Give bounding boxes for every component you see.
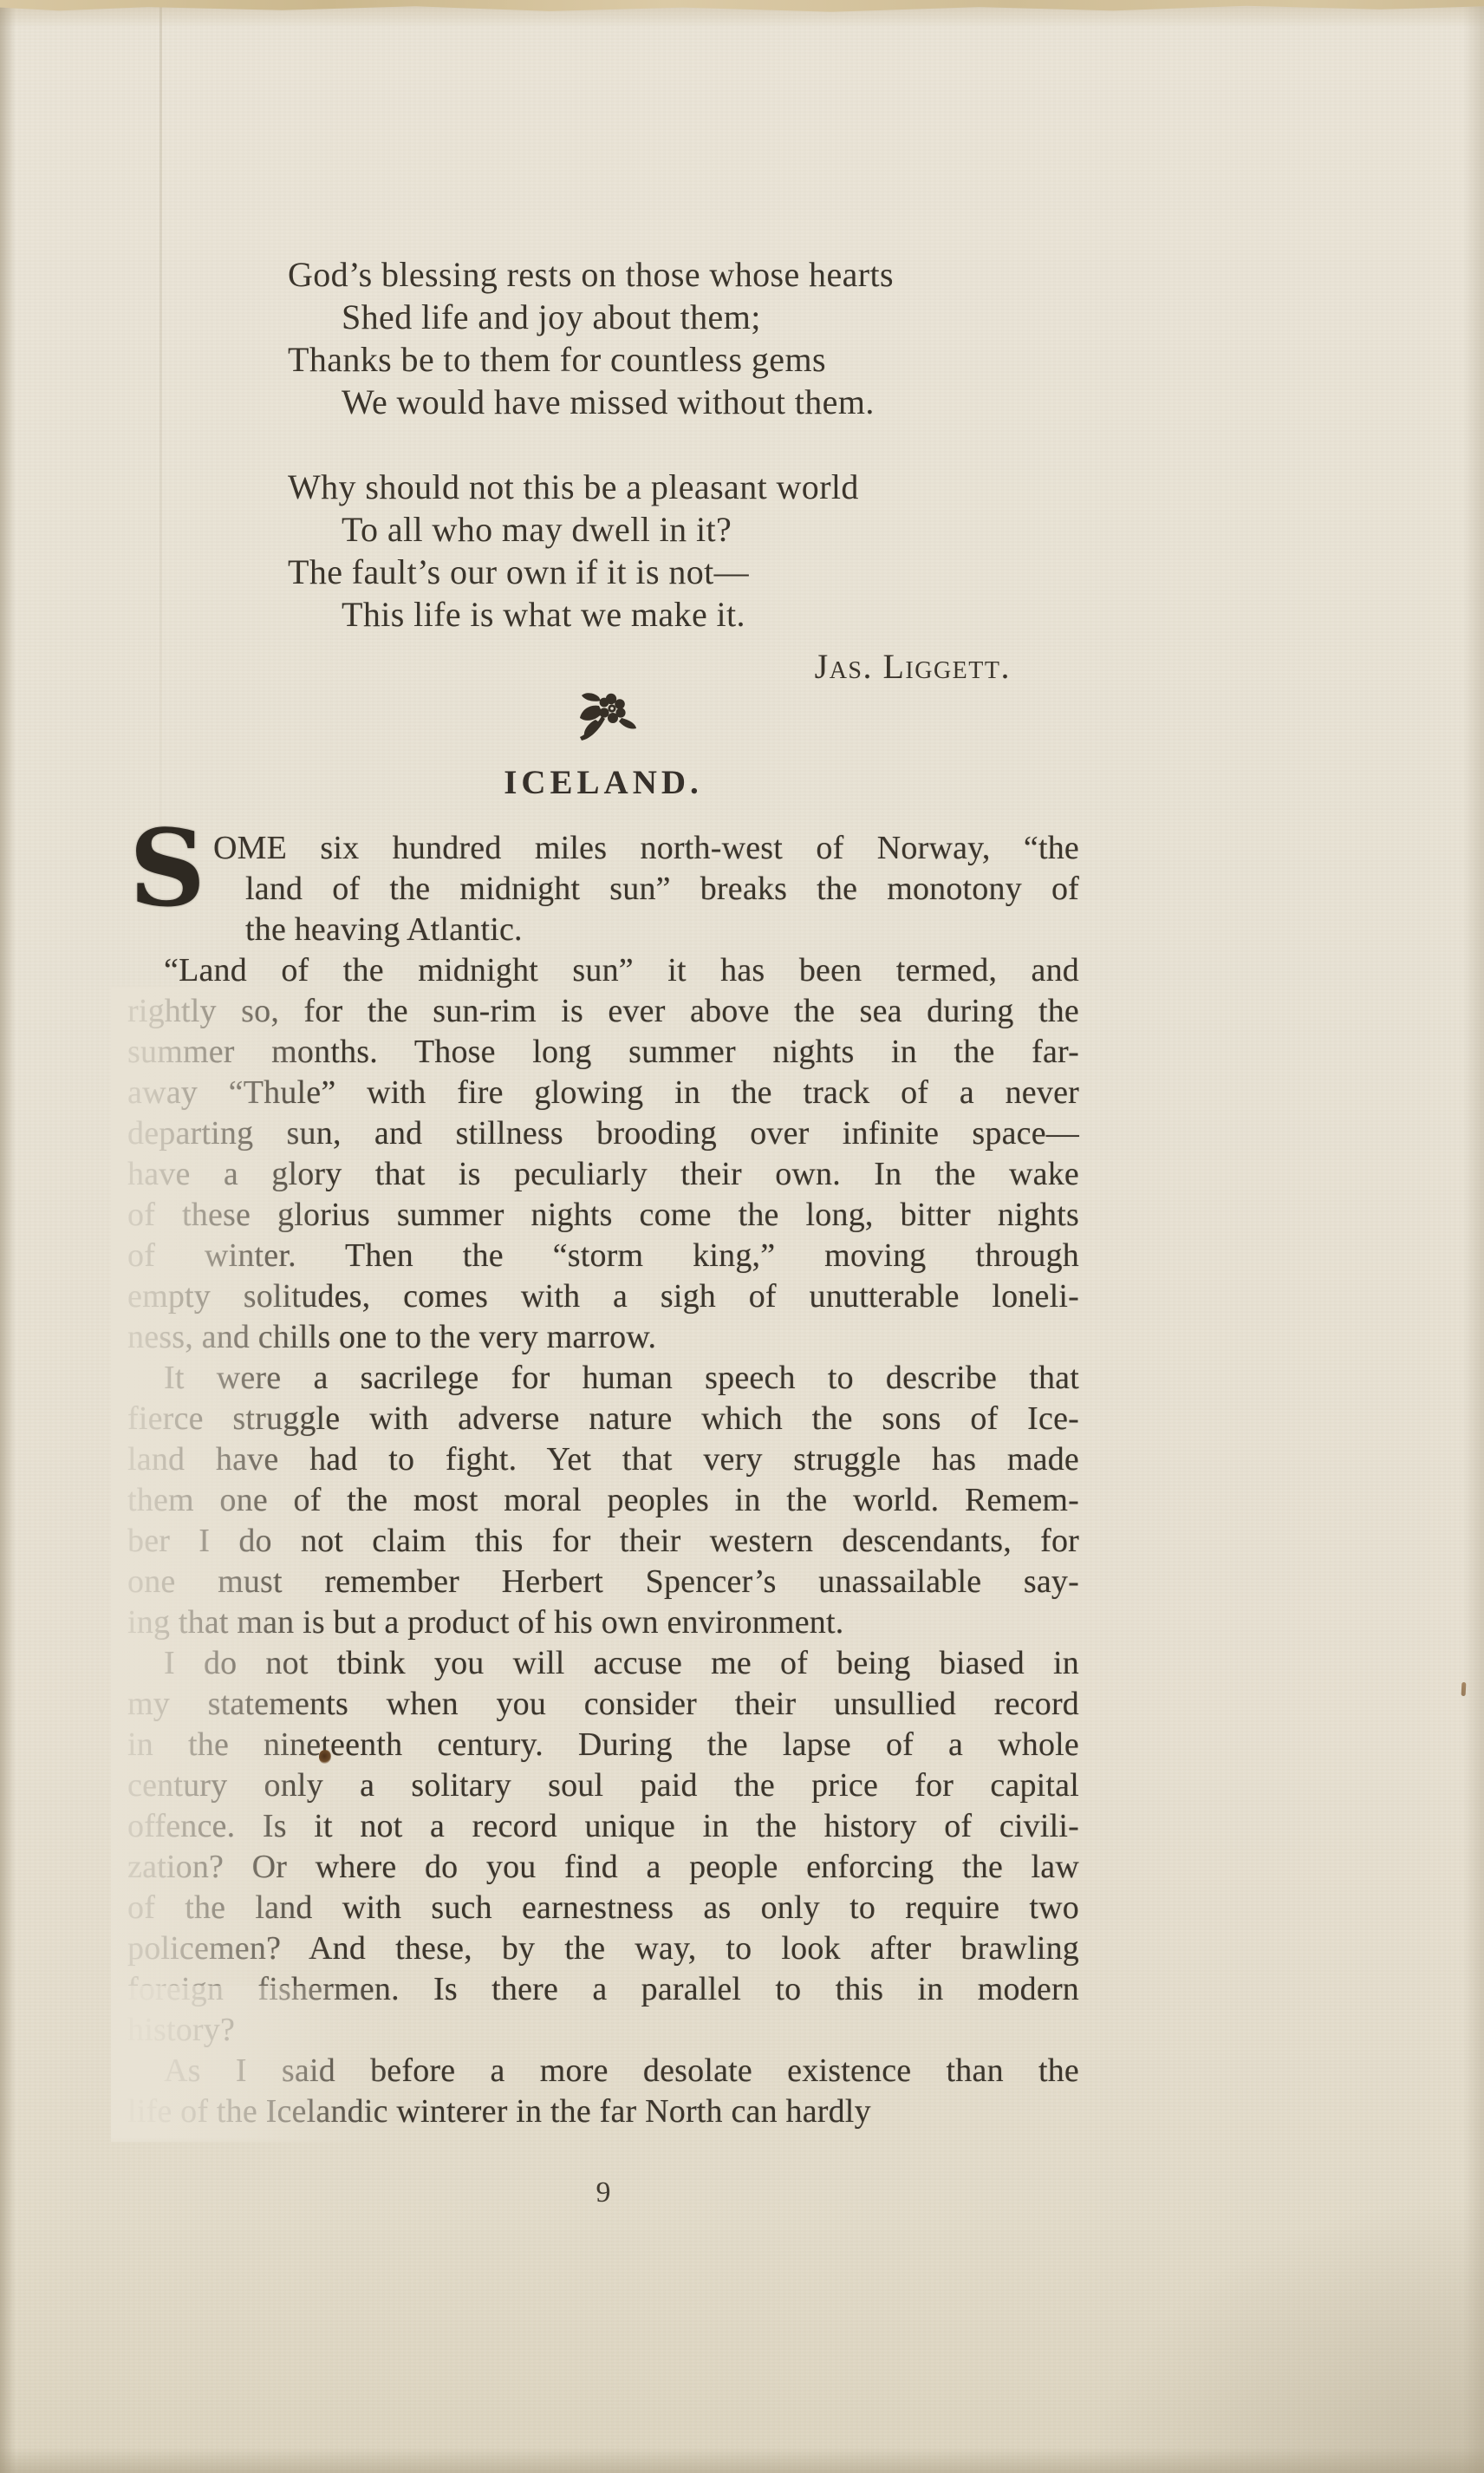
text-line: my statements when you consider their un…: [127, 1684, 1079, 1725]
text-line: history?: [127, 2010, 1079, 2051]
text-line: rightly so, for the sun-rim is ever abov…: [127, 991, 1079, 1032]
text-line: As I said before a more desolate existen…: [127, 2051, 1079, 2091]
text-line: of these glorius summer nights come the …: [127, 1195, 1079, 1236]
text-line: of the land with such earnestness as onl…: [127, 1888, 1079, 1928]
text-line: God’s blessing rests on those whose hear…: [288, 253, 1018, 296]
poem: God’s blessing rests on those whose hear…: [288, 253, 1018, 687]
text-line: away “Thule” with fire glowing in the tr…: [127, 1073, 1079, 1113]
paragraph: As I said before a more desolate existen…: [127, 2051, 1079, 2132]
text-line: departing sun, and stillness brooding ov…: [127, 1113, 1079, 1154]
text-line: I do not tbink you will accuse me of bei…: [127, 1643, 1079, 1684]
text-line: It were a sacrilege for human speech to …: [127, 1358, 1079, 1399]
text-line: Why should not this be a pleasant world: [288, 466, 1018, 508]
text-line: This life is what we make it.: [288, 593, 1018, 636]
text-line: The fault’s our own if it is not—: [288, 551, 1018, 593]
floral-ornament-icon: [127, 688, 1079, 745]
text-line: land have had to fight. Yet that very st…: [127, 1439, 1079, 1480]
page-left-edge: [0, 0, 16, 2473]
text-line: Shed life and joy about them;: [288, 296, 1018, 338]
text-line: century only a solitary soul paid the pr…: [127, 1765, 1079, 1806]
text-line: We would have missed without them.: [288, 381, 1018, 423]
poem-stanza-1: God’s blessing rests on those whose hear…: [288, 253, 1018, 423]
text-line: life of the Icelandic winterer in the fa…: [127, 2091, 1079, 2132]
page-right-edge: [1463, 0, 1484, 2473]
text-line: To all who may dwell in it?: [288, 508, 1018, 551]
text-line: ing that man is but a product of his own…: [127, 1602, 1079, 1643]
book-page: God’s blessing rests on those whose hear…: [0, 0, 1484, 2473]
text-line: policemen? And these, by the way, to loo…: [127, 1928, 1079, 1969]
text-line: land of the midnight sun” breaks the mon…: [127, 869, 1079, 910]
bottom-right-corner-shadow: [1077, 2187, 1484, 2473]
poem-attribution: Jas. Liggett.: [288, 646, 1018, 687]
paragraph: I do not tbink you will accuse me of bei…: [127, 1643, 1079, 2051]
text-line: OME six hundred miles north-west of Norw…: [127, 828, 1079, 869]
paragraph: “Land of the midnight sun” it has been t…: [127, 950, 1079, 1358]
text-line: them one of the most moral peoples in th…: [127, 1480, 1079, 1521]
drop-cap: S: [129, 825, 205, 911]
text-line: one must remember Herbert Spencer’s unas…: [127, 1562, 1079, 1602]
text-line: of winter. Then the “storm king,” moving…: [127, 1236, 1079, 1276]
text-line: offence. Is it not a record unique in th…: [127, 1806, 1079, 1847]
section-heading: ICELAND.: [127, 763, 1079, 802]
text-line: ber I do not claim this for their wester…: [127, 1521, 1079, 1562]
page-bottom-edge: [0, 2447, 1484, 2473]
page-number: 9: [127, 2176, 1079, 2209]
text-line: the heaving Atlantic.: [127, 910, 1079, 950]
text-line: summer months. Those long summer nights …: [127, 1032, 1079, 1073]
text-line: have a glory that is peculiarly their ow…: [127, 1154, 1079, 1195]
paragraph-opening: OME six hundred miles north-west of Norw…: [127, 828, 1079, 950]
text-line: “Land of the midnight sun” it has been t…: [127, 950, 1079, 991]
text-line: empty solitudes, comes with a sigh of un…: [127, 1276, 1079, 1317]
text-line: ness, and chills one to the very marrow.: [127, 1317, 1079, 1358]
paragraph: It were a sacrilege for human speech to …: [127, 1358, 1079, 1643]
text-line: Thanks be to them for countless gems: [288, 338, 1018, 381]
text-line: foreign fishermen. Is there a parallel t…: [127, 1969, 1079, 2010]
text-line: fierce struggle with adverse nature whic…: [127, 1399, 1079, 1439]
article-text: S OME six hundred miles north-west of No…: [127, 828, 1079, 2132]
poem-stanza-2: Why should not this be a pleasant worldT…: [288, 466, 1018, 636]
text-line: zation? Or where do you find a people en…: [127, 1847, 1079, 1888]
text-line: in the nineteenth century. During the la…: [127, 1725, 1079, 1765]
